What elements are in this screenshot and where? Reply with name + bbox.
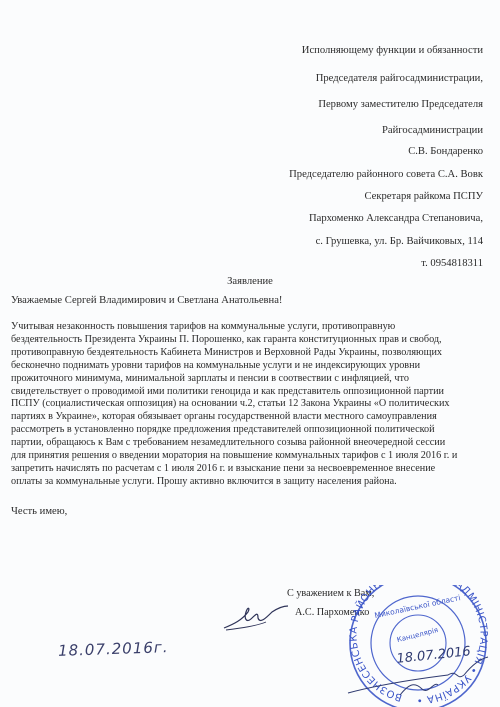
addressee-line: Райгосадминистрации	[382, 124, 483, 137]
svg-text:Канцелярія: Канцелярія	[396, 626, 439, 644]
addressee-line: Исполняющему функции и обязанности	[302, 44, 483, 57]
addressee-line: Секретаря райкома ПСПУ	[364, 190, 483, 203]
body-line: ПСПУ (социалистическая оппозиция) на осн…	[11, 398, 491, 411]
closing: Честь имею,	[11, 505, 67, 518]
body-line: прожиточного минимума, минимальной зарпл…	[11, 373, 491, 386]
addressee-line: Первому заместителю Председателя	[318, 98, 483, 111]
document-title: Заявление	[0, 275, 500, 288]
body-line: партиях в Украине», которая обязывает ор…	[11, 411, 491, 424]
addressee-line: Председателя райгосадминистрации,	[316, 72, 483, 85]
body-line: бесконечно поднимать уровни тарифов на к…	[11, 360, 491, 373]
addressee-line: С.В. Бондаренко	[408, 145, 483, 158]
greeting: Уважаемые Сергей Владимирович и Светлана…	[11, 294, 282, 307]
handwritten-date: 18.07.2016г.	[58, 638, 169, 660]
body-line: для принятия решения о введении моратори…	[11, 450, 491, 463]
addressee-line: с. Грушевка, ул. Бр. Вайчиковых, 114	[316, 235, 483, 248]
body-line: партии, обращаюсь к Вам с требованием не…	[11, 437, 491, 450]
body-line: рассмотреть в установленно порядке предл…	[11, 424, 491, 437]
body-line: свидетельствует о проводимой ими политик…	[11, 386, 491, 399]
body-paragraph: Учитывая незаконность повышения тарифов …	[11, 321, 491, 489]
addressee-phone: т. 0954818311	[421, 257, 483, 270]
body-line: противоправную бездеятельность Кабинета …	[11, 347, 491, 360]
body-line: запретить начислять по расчетам с 1 июля…	[11, 463, 491, 476]
addressee-line: Пархоменко Александра Степановича,	[309, 212, 483, 225]
body-line: Учитывая незаконность повышения тарифов …	[11, 321, 491, 334]
body-line: бездеятельность Президента Украины П. По…	[11, 334, 491, 347]
body-line: оплаты за коммунальные услуги. Прошу акт…	[11, 476, 491, 489]
signature-icon	[222, 598, 290, 632]
addressee-line: Председателю районного совета С.А. Вовк	[289, 168, 483, 181]
official-stamp-icon: ВОЗНЕСЕНСЬКА РАЙОННА ДЕРЖАВНА АДМІНІСТРА…	[338, 585, 500, 707]
document-page: Исполняющему функции и обязанности Предс…	[0, 0, 500, 707]
